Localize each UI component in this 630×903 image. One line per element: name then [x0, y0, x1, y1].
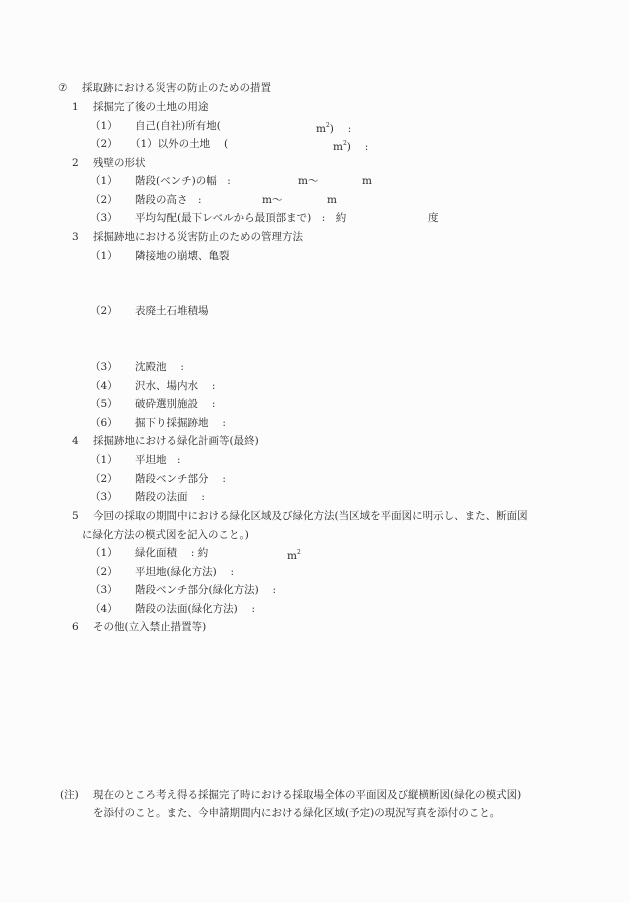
item-title-continuation: に緑化方法の模式図を記入のこと。) [82, 528, 249, 542]
sub-label: 階段の法面 : [135, 490, 205, 504]
sub-label: 階段ベンチ部分 : [135, 472, 226, 486]
unit-label: 度 [428, 211, 439, 225]
sub-number: （1） [90, 453, 118, 467]
sub-label: 平均勾配(最下レベルから最頂部まで) : 約 [135, 211, 346, 225]
section-marker: ⑦ [58, 81, 67, 95]
sub-number: （5） [90, 397, 118, 411]
unit-label: m2 [287, 546, 301, 560]
item-title: その他(立入禁止措置等) [93, 620, 206, 634]
sub-label: 沢水、場内水 : [135, 379, 215, 393]
unit-label: m [327, 193, 337, 207]
unit-label: m〜 [262, 193, 282, 207]
sub-number: （2） [90, 565, 118, 579]
sub-label: 階段の高さ : [135, 193, 202, 207]
sub-label: 階段の法面(緑化方法) : [135, 602, 255, 616]
item-number: 2 [72, 156, 79, 170]
sub-label: 階段ベンチ部分(緑化方法) : [135, 583, 276, 597]
item-number: 1 [72, 100, 79, 114]
item-number: 3 [72, 230, 79, 244]
unit-label: m〜 [298, 174, 318, 188]
sub-label: 破砕選別施設 : [135, 397, 215, 411]
sub-number: （3） [90, 211, 118, 225]
unit-label: m2) : [316, 119, 351, 133]
note-marker: (注) [60, 788, 79, 802]
sub-number: （1） [90, 546, 118, 560]
note-text-line2: を添付のこと。また、今申請期間内における緑化区域(予定)の現況写真を添付のこと。 [93, 806, 500, 820]
section-title: 採取跡における災害の防止のための措置 [82, 81, 271, 95]
sub-number: （2） [90, 137, 118, 151]
sub-label: 掘下り採掘跡地 : [135, 416, 226, 430]
sub-label: （1）以外の土地 ( [130, 137, 228, 151]
sub-number: （1） [90, 119, 118, 133]
unit-label: m2) : [333, 137, 368, 151]
unit-label: m [362, 174, 372, 188]
sub-label: 表廃土石堆積場 [135, 304, 209, 318]
item-number: 4 [72, 434, 79, 448]
sub-number: （3） [90, 490, 118, 504]
sub-number: （4） [90, 602, 118, 616]
sub-number: （2） [90, 193, 118, 207]
sub-number: （2） [90, 304, 118, 318]
sub-label: 隣接地の崩壊、亀裂 [135, 249, 230, 263]
item-title: 採掘跡地における災害防止のための管理方法 [93, 230, 303, 244]
sub-label: 平坦地(緑化方法) : [135, 565, 234, 579]
sub-number: （1） [90, 174, 118, 188]
item-title: 残壁の形状 [93, 156, 146, 170]
sub-number: （6） [90, 416, 118, 430]
item-title: 今回の採取の期間中における緑化区域及び緑化方法(当区域を平面図に明示し、また、断… [93, 509, 528, 523]
item-title: 採掘完了後の土地の用途 [93, 100, 209, 114]
sub-label: 緑化面積 : 約 [135, 546, 208, 560]
note-text-line1: 現在のところ考え得る採掘完了時における採取場全体の平面図及び縦横断図(緑化の模式… [93, 788, 521, 802]
sub-label: 沈殿池 : [135, 360, 184, 374]
item-number: 5 [72, 509, 79, 523]
sub-number: （3） [90, 583, 118, 597]
sub-label: 階段(ベンチ)の幅 : [135, 174, 231, 188]
sub-label: 自己(自社)所有地( [135, 119, 221, 133]
item-number: 6 [72, 620, 79, 634]
item-title: 採掘跡地における緑化計画等(最終) [93, 434, 259, 448]
sub-number: （4） [90, 379, 118, 393]
sub-label: 平坦地 : [135, 453, 181, 467]
sub-number: （2） [90, 472, 118, 486]
sub-number: （3） [90, 360, 118, 374]
sub-number: （1） [90, 249, 118, 263]
